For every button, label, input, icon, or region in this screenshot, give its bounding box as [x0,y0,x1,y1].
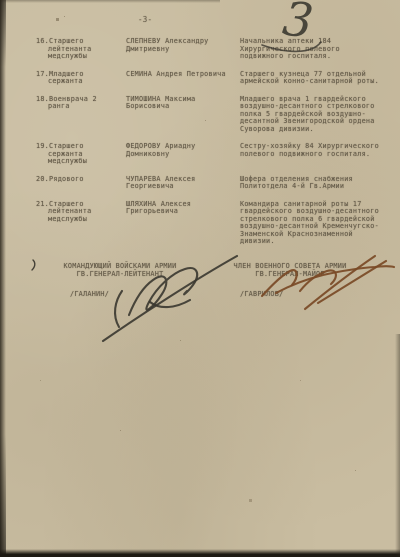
entry-position: Начальника аптеки 184 Хирургического пол… [240,38,382,61]
paper-edge-top [0,0,220,3]
entry-name: ФЕДОРОВУ Ариадну Домниковну [126,143,240,166]
award-list: 16.Старшего лейтенанта медслужбы СЛЕПНЕВ… [36,38,382,256]
entry-position: Командира санитарной роты 17 гвардейског… [240,201,382,246]
entry-rank: 19.Старшего сержанта медслужбы [36,143,126,166]
entry-rank: 16.Старшего лейтенанта медслужбы [36,38,126,61]
entry-position: Младшего врача 1 гвардейского воздушно-д… [240,96,382,134]
award-entry: 19.Старшего сержанта медслужбы ФЕДОРОВУ … [36,143,382,166]
commander-name: /ГАЛАНИН/ [44,291,196,299]
award-entry: 16.Старшего лейтенанта медслужбы СЛЕПНЕВ… [36,38,382,61]
document-page: -3- 3 16.Старшего лейтенанта медслужбы С… [0,0,400,557]
commander-block: КОМАНДУЮЩИЙ ВОЙСКАМИ АРМИИ ГВ.ГЕНЕРАЛ-ЛЕ… [44,263,196,299]
council-member-rank: ГВ.ГЕНЕРАЛ-МАЙОР [214,271,366,279]
entry-name: ШЛЯХИНА Алексея Григорьевича [126,201,240,246]
entry-rank: 17.Младшего сержанта [36,71,126,86]
entry-position: Сестру-хозяйку 84 Хирургического полевог… [240,143,382,166]
entry-name: ЧУПАРЕВА Алексея Георгиевича [126,176,240,191]
paper-edge-right [395,334,400,557]
paper-edge-bottom [0,549,400,557]
award-entry: 17.Младшего сержанта СЕМИНА Андрея Петро… [36,71,382,86]
entry-position: Старшего кузнеца 77 отдельной армейской … [240,71,382,86]
ink-mark [32,260,35,270]
award-entry: 18.Военврача 2 ранга ТИМОШИНА Максима Бо… [36,96,382,134]
entry-position: Шофера отделения снабжения Политотдела 4… [240,176,382,191]
council-member-block: ЧЛЕН ВОЕННОГО СОВЕТА АРМИИ ГВ.ГЕНЕРАЛ-МА… [214,263,366,299]
entry-rank: 18.Военврача 2 ранга [36,96,126,134]
entry-rank: 21.Старшего лейтенанта медслужбы [36,201,126,246]
award-entry: 20.Рядового ЧУПАРЕВА Алексея Георгиевича… [36,176,382,191]
page-number: -3- [138,16,152,24]
entry-name: СЕМИНА Андрея Петровича [126,71,240,86]
commander-rank: ГВ.ГЕНЕРАЛ-ЛЕЙТЕНАНТ [44,271,196,279]
entry-name: ТИМОШИНА Максима Борисовича [126,96,240,134]
paper-edge-left [0,0,6,557]
entry-name: СЛЕПНЕВУ Александру Дмитриевну [126,38,240,61]
award-entry: 21.Старшего лейтенанта медслужбы ШЛЯХИНА… [36,201,382,246]
entry-rank: 20.Рядового [36,176,126,191]
council-member-name: /ГАВРИЛОВ/ [214,291,366,299]
